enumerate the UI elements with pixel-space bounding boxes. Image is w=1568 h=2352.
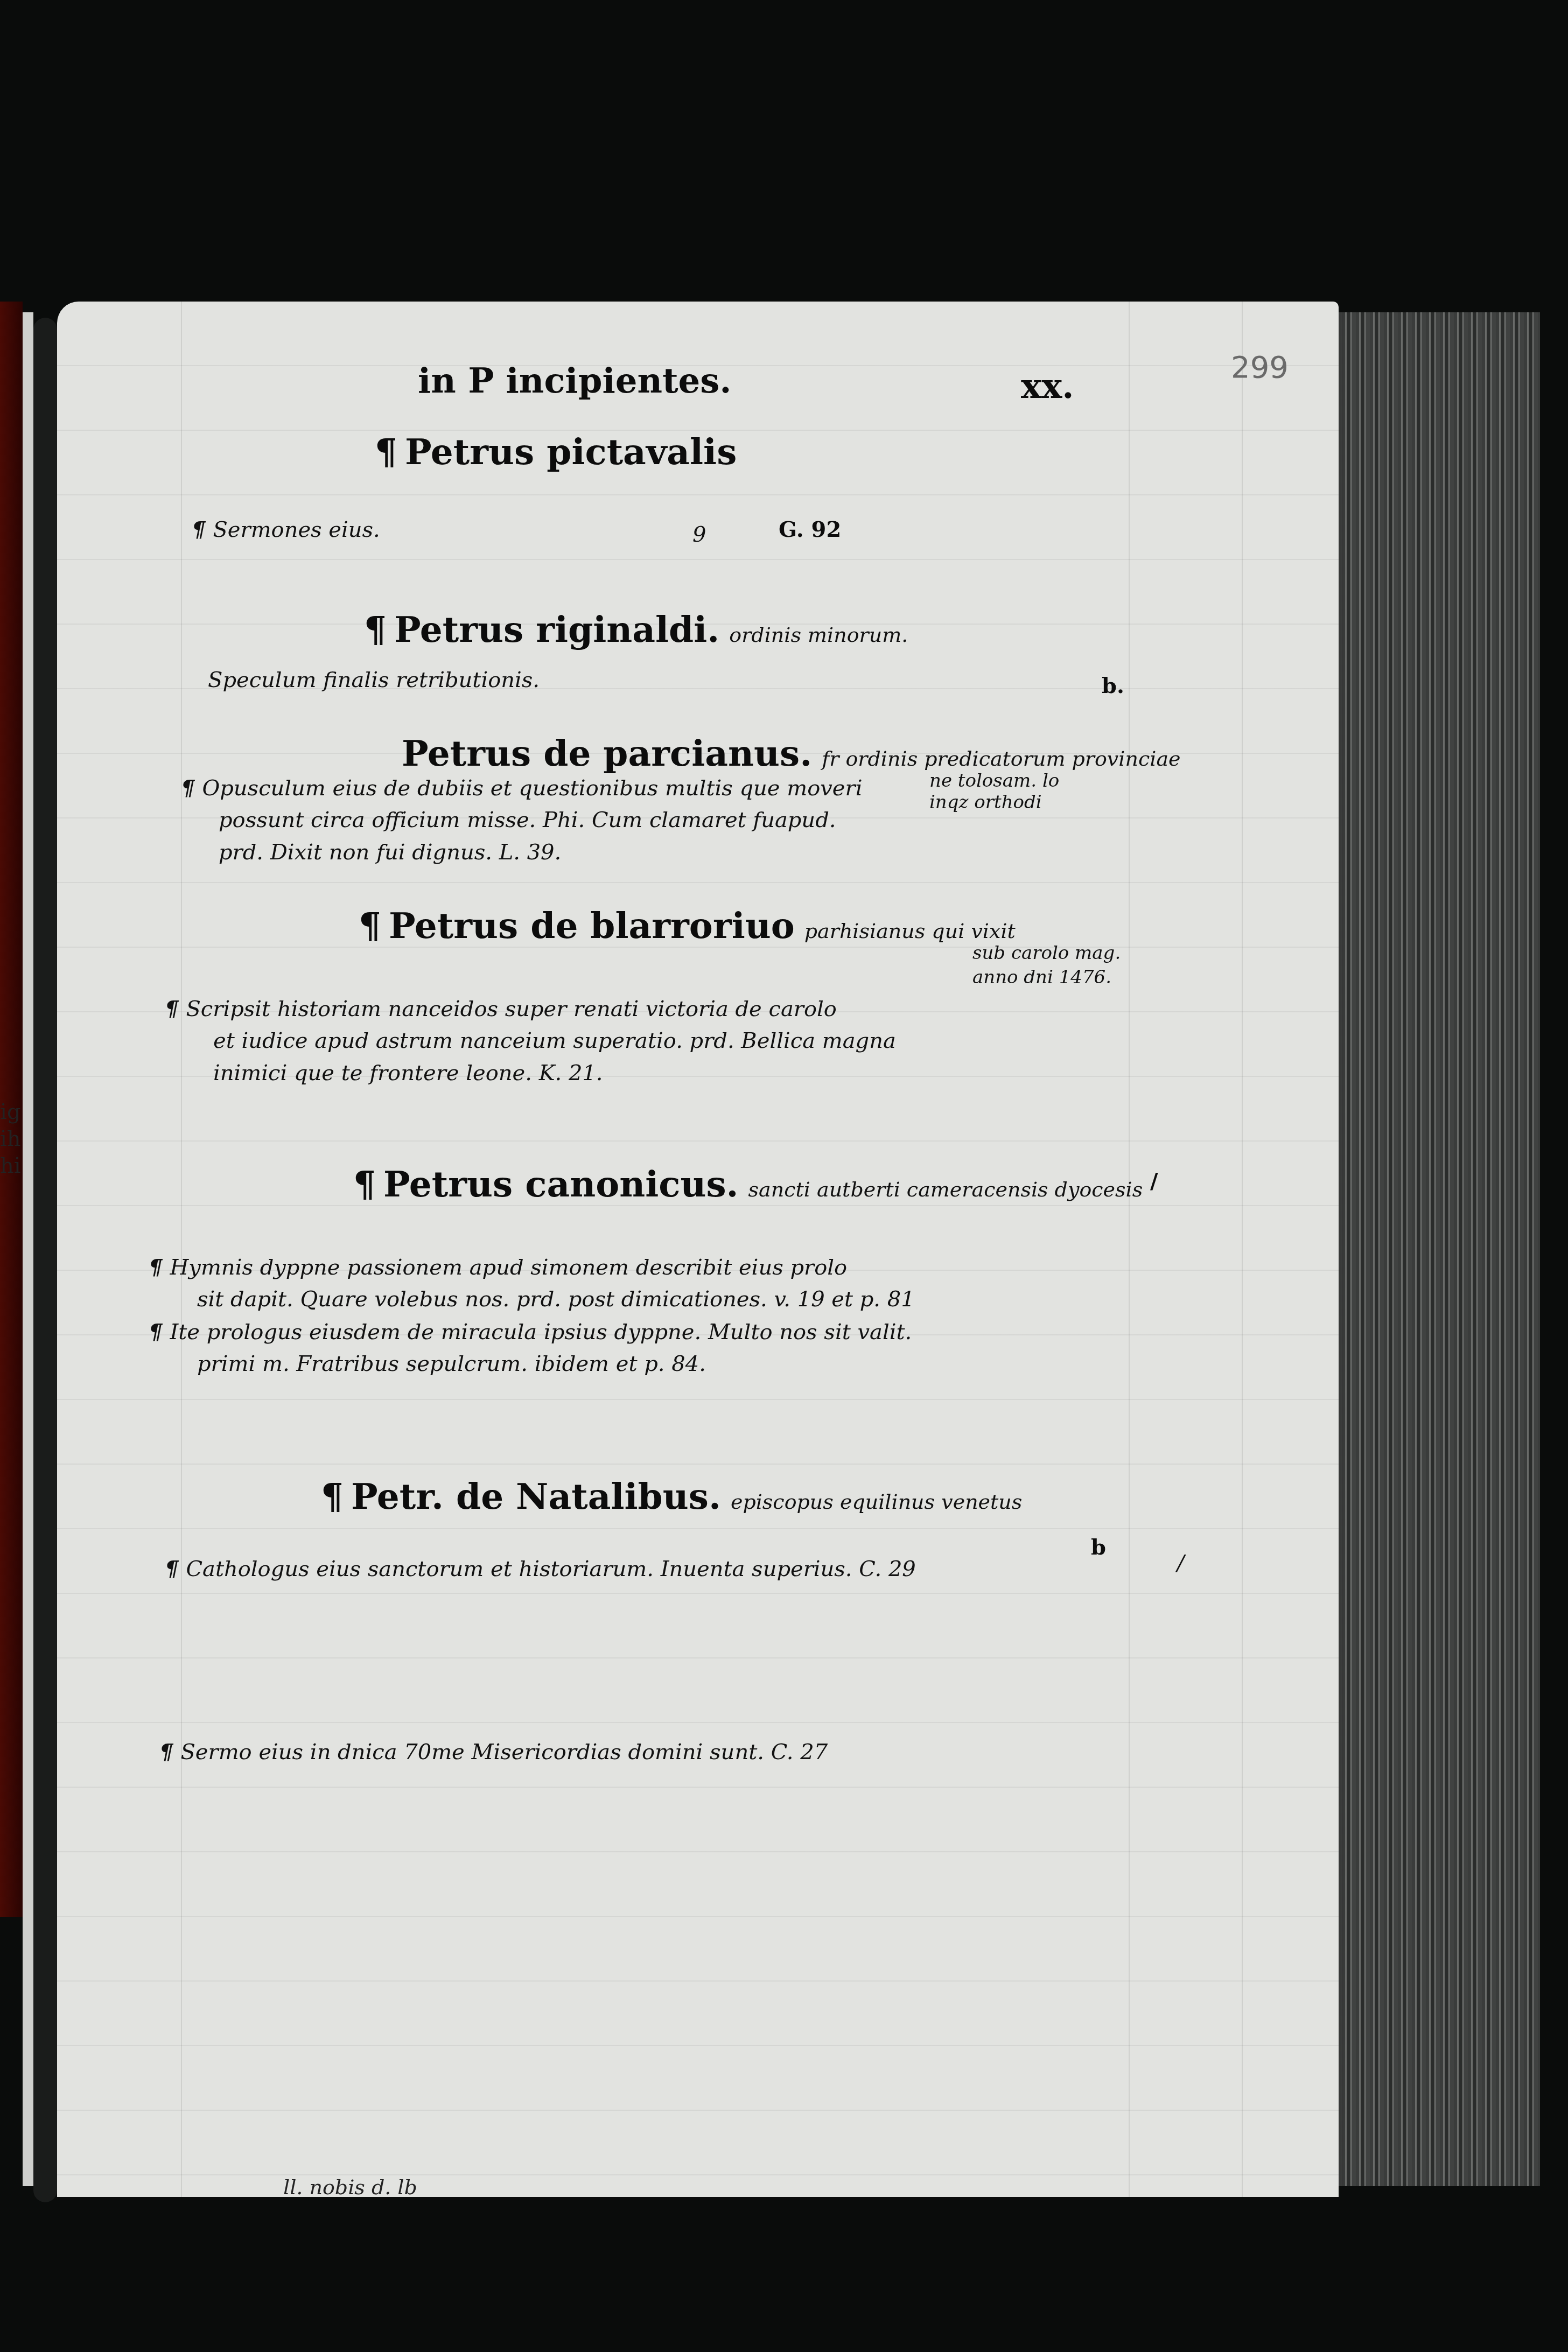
entry-title: ¶Petrus riginaldi.ordinis minorum. bbox=[364, 608, 908, 650]
pilcrow-icon: ¶ bbox=[364, 608, 387, 650]
ruling-line bbox=[1242, 302, 1243, 2197]
entry-title: ¶Petrus canonicus.sancti autberti camera… bbox=[353, 1163, 1143, 1205]
margin-note: / bbox=[1150, 1168, 1158, 1194]
entry-line: inimici que te frontere leone. K. 21. bbox=[213, 1061, 603, 1086]
entry-line: ¶Ite prologus eiusdem de miracula ipsius… bbox=[149, 1319, 912, 1345]
pilcrow-icon: ¶ bbox=[165, 996, 178, 1021]
running-head: in P incipientes. bbox=[418, 361, 732, 401]
pilcrow-icon: ¶ bbox=[149, 1319, 162, 1345]
entry-line: ¶Sermo eius in dnica 70me Misericordias … bbox=[159, 1739, 828, 1765]
folio-number: 299 bbox=[1231, 350, 1289, 385]
pilcrow-icon: ¶ bbox=[321, 1475, 344, 1517]
entry-line: Speculum finalis retributionis. bbox=[208, 668, 540, 692]
entry-title: ¶Petrus pictavalis bbox=[375, 431, 737, 473]
pilcrow-icon: ¶ bbox=[375, 431, 397, 473]
book-fore-edge bbox=[1314, 312, 1540, 2186]
entry-line: sit dapit. Quare volebus nos. prd. post … bbox=[197, 1287, 915, 1312]
previous-page-marks: ig ih hi bbox=[0, 1098, 32, 1179]
pilcrow-icon: ¶ bbox=[353, 1163, 376, 1205]
entry-line: 9 bbox=[692, 522, 706, 547]
entry-title: ¶Petrus de blarroriuoparhisianus qui vix… bbox=[359, 905, 1016, 947]
margin-note: b. bbox=[1102, 673, 1124, 698]
entry-line: prd. Dixit non fui dignus. L. 39. bbox=[219, 840, 561, 865]
pilcrow-icon: ¶ bbox=[165, 1556, 178, 1581]
entry-line: primi m. Fratribus sepulcrum. ibidem et … bbox=[197, 1352, 706, 1376]
entry-title: ¶Petr. de Natalibus.episcopus equilinus … bbox=[321, 1475, 1022, 1517]
pilcrow-icon: ¶ bbox=[181, 775, 194, 801]
book-gutter bbox=[33, 318, 57, 2202]
margin-note: sub carolo mag. bbox=[972, 942, 1121, 964]
entry-line: ¶Cathologus eius sanctorum et historiaru… bbox=[165, 1556, 916, 1581]
bottom-note: ll. nobis d. lb bbox=[283, 2175, 417, 2199]
entry-line: et iudice apud astrum nanceium superatio… bbox=[213, 1028, 896, 1053]
entry-line: ¶Scripsit historiam nanceidos super rena… bbox=[165, 996, 837, 1021]
margin-note: b bbox=[1091, 1535, 1106, 1560]
section-number: xx. bbox=[1021, 366, 1074, 407]
entry-line: ¶Hymnis dyppne passionem apud simonem de… bbox=[149, 1255, 847, 1280]
entry-title: Petrus de parcianus.fr ordinis predicato… bbox=[402, 732, 1181, 774]
ruling-line bbox=[1129, 302, 1130, 2197]
shelfmark: G. 92 bbox=[779, 517, 841, 542]
margin-note: / bbox=[1177, 1551, 1184, 1576]
ruling-line bbox=[181, 302, 182, 2197]
margin-note: inqz orthodi bbox=[929, 792, 1042, 813]
pilcrow-icon: ¶ bbox=[149, 1255, 162, 1280]
margin-note: ne tolosam. lo bbox=[929, 770, 1059, 792]
entry-line: ¶Opusculum eius de dubiis et questionibu… bbox=[181, 775, 862, 801]
pilcrow-icon: ¶ bbox=[359, 905, 381, 947]
entry-line: possunt circa officium misse. Phi. Cum c… bbox=[219, 808, 836, 832]
entry-line: ¶Sermones eius. bbox=[192, 517, 380, 542]
margin-note: anno dni 1476. bbox=[972, 967, 1111, 988]
previous-page-edge bbox=[23, 312, 33, 2186]
pilcrow-icon: ¶ bbox=[192, 517, 205, 542]
pilcrow-icon: ¶ bbox=[159, 1739, 173, 1765]
manuscript-page: in P incipientes. xx. 299 ¶Petrus pictav… bbox=[57, 302, 1339, 2197]
